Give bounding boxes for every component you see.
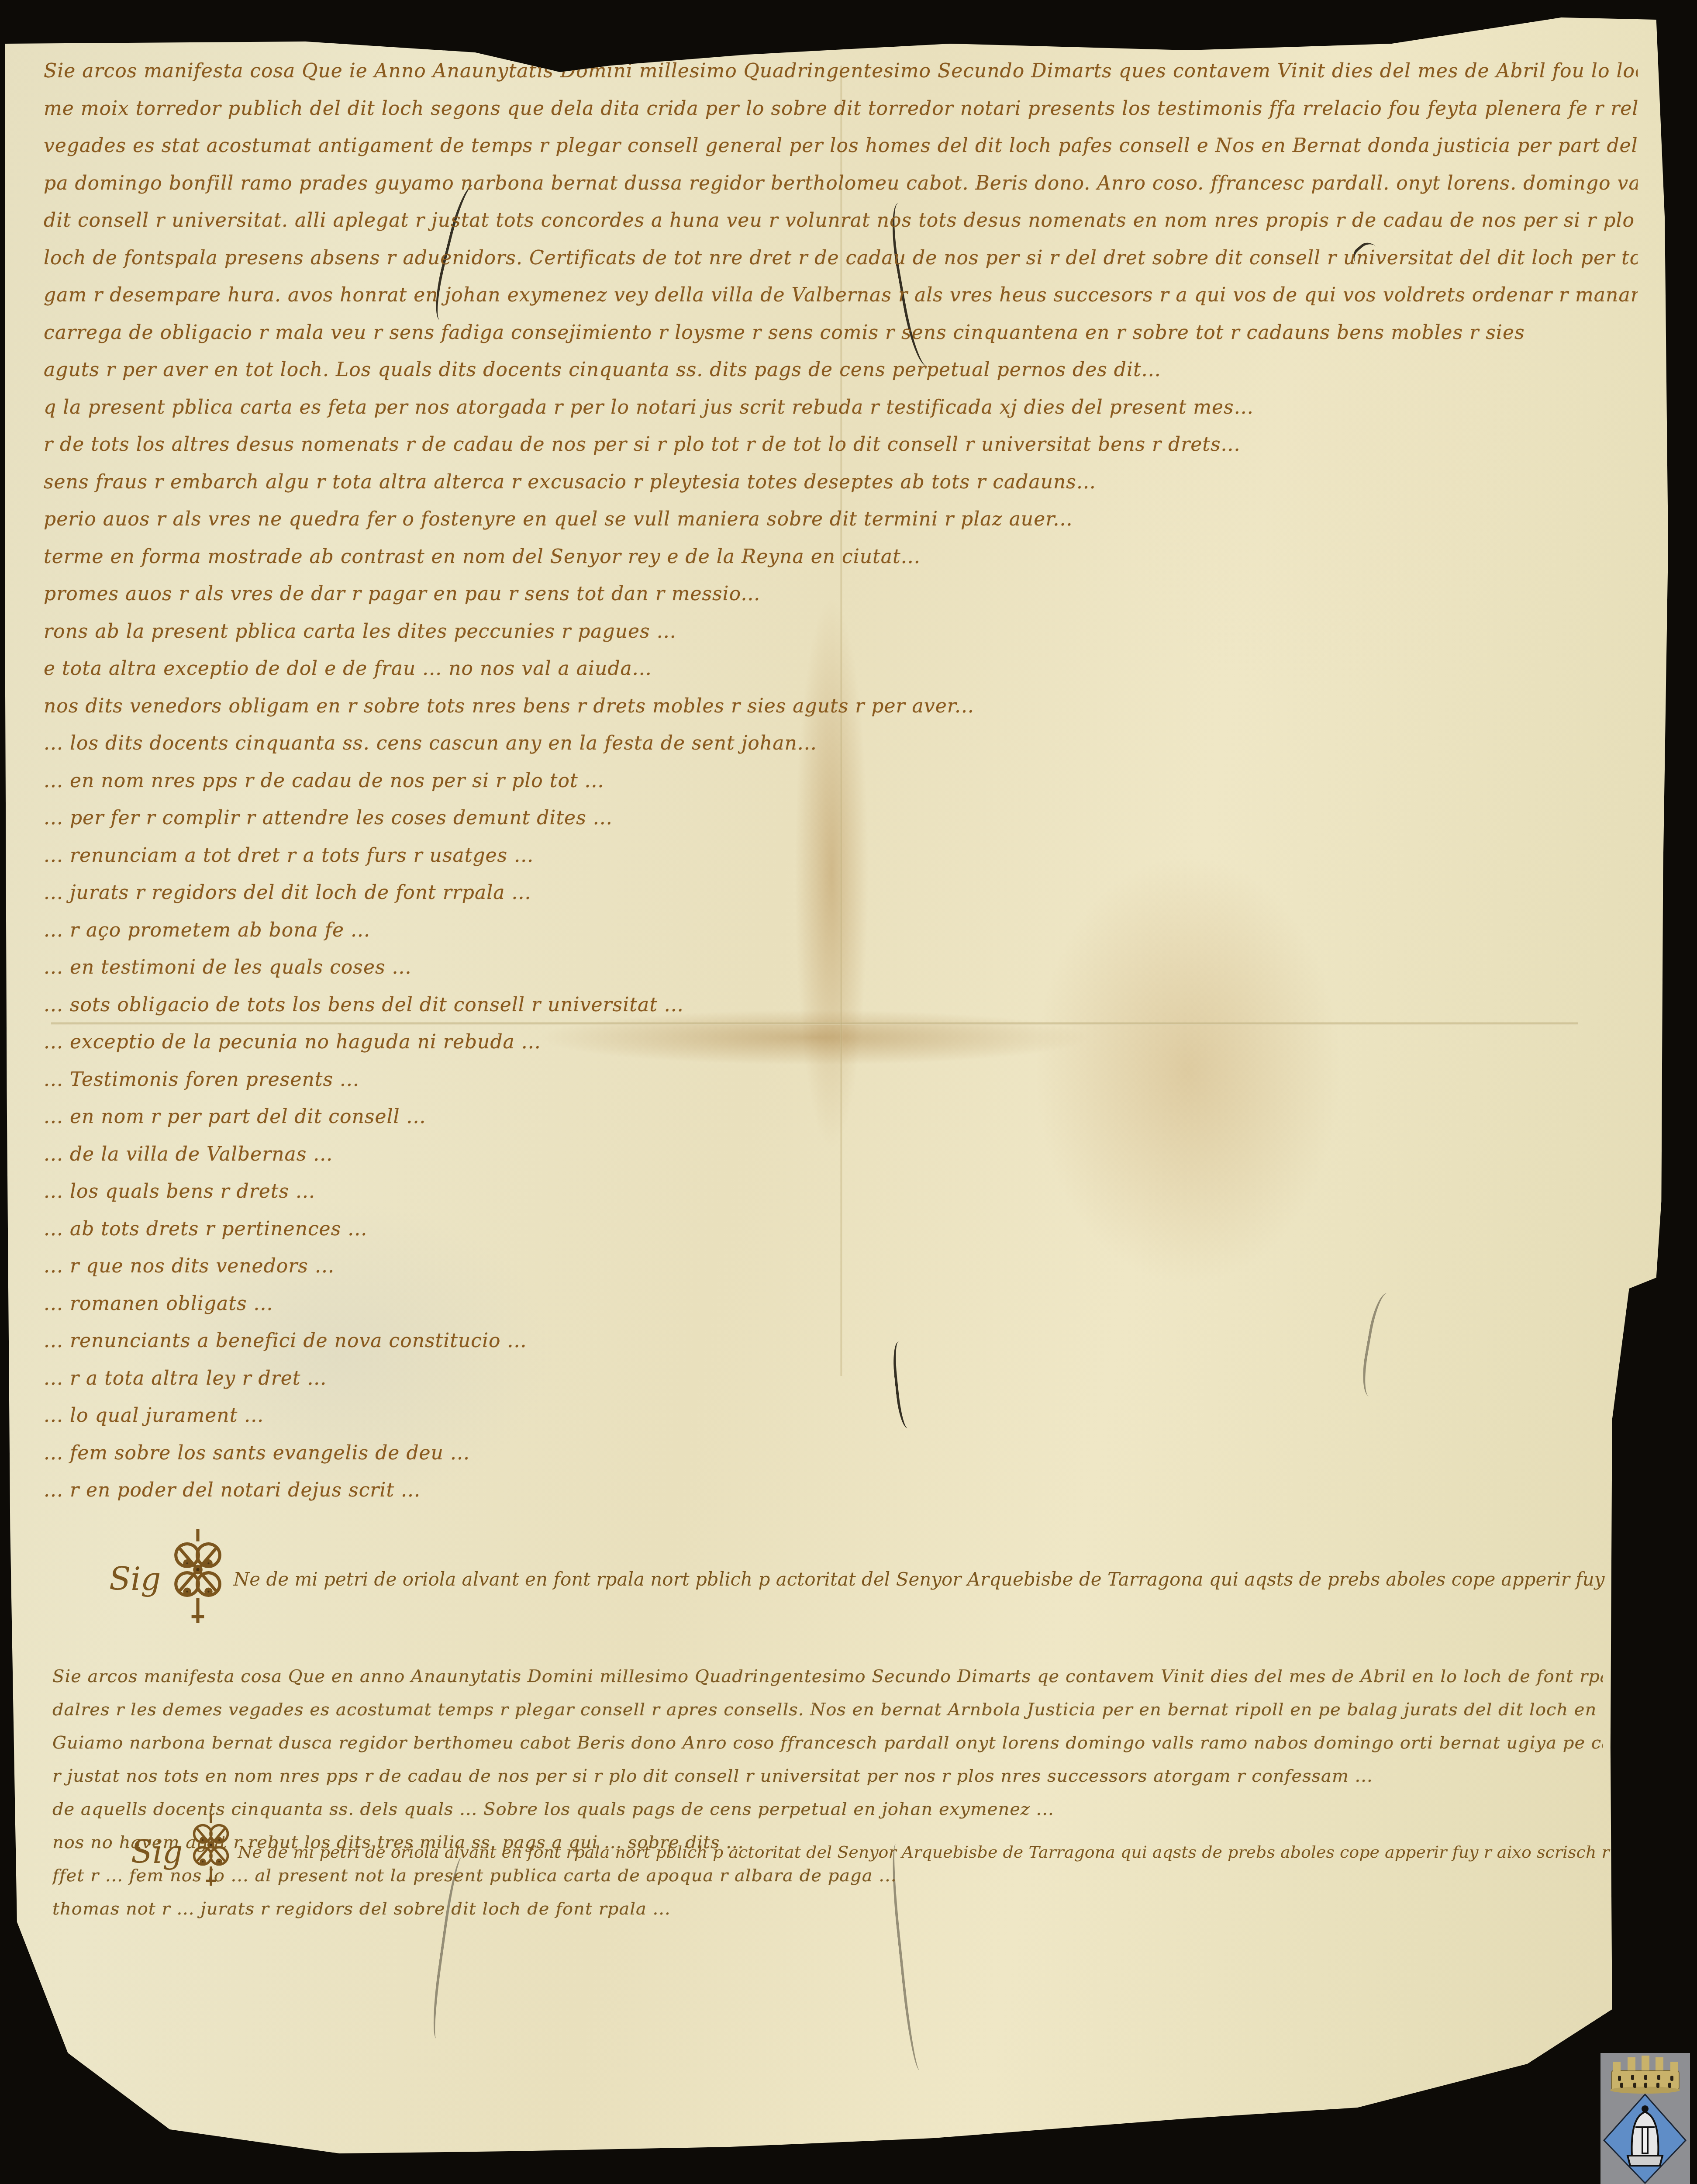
text-line: ... los dits docents cinquanta ss. cens …: [44, 725, 1638, 762]
text-line: terme en forma mostrade ab contrast en n…: [44, 538, 1638, 576]
text-line: ... r en poder del notari dejus scrit ..…: [44, 1472, 1638, 1509]
text-line: sens fraus r embarch algu r tota altra a…: [44, 463, 1638, 501]
text-line: ... fem sobre los sants evangelis de deu…: [44, 1434, 1638, 1472]
text-line: perio auos r als vres ne quedra fer o fo…: [44, 501, 1638, 538]
text-line: r de tots los altres desus nomenats r de…: [44, 426, 1638, 463]
text-line: Guiamo narbona bernat dusca regidor bert…: [52, 1726, 1603, 1759]
text-line: vegades es stat acostumat antigament de …: [44, 127, 1638, 165]
lozenge-shield-icon: [1604, 2094, 1686, 2183]
text-line: ... ab tots drets r pertinences ...: [44, 1210, 1638, 1248]
text-line: Sie arcos manifesta cosa Que ie Anno Ana…: [44, 52, 1638, 90]
notary-sign-block-1: Sig Ne de mi petri de oriola alvant en f…: [109, 1529, 1697, 1629]
parchment-sheet: Sie arcos manifesta cosa Que ie Anno Ana…: [0, 0, 1697, 2184]
text-line: thomas not r ... jurats r regidors del s…: [52, 1892, 1603, 1925]
text-line: ... romanen obligats ...: [44, 1285, 1638, 1323]
text-line: ... renunciam a tot dret r a tots furs r…: [44, 837, 1638, 874]
text-line: ... renunciants a benefici de nova const…: [44, 1322, 1638, 1360]
text-line: nos dits venedors obligam en r sobre tot…: [44, 688, 1638, 725]
sig-label: Sig: [131, 1834, 183, 1870]
notary-subscription: Ne de mi petri de oriola alvant en font …: [238, 1842, 1697, 1862]
notarial-knot-icon: [187, 1813, 235, 1891]
text-line: gam r desempare hura. avos honrat en joh…: [44, 276, 1638, 314]
text-line: ... en nom nres pps r de cadau de nos pe…: [44, 762, 1638, 800]
text-line: aguts r per aver en tot loch. Los quals …: [44, 351, 1638, 389]
text-line: ... Testimonis foren presents ...: [44, 1061, 1638, 1099]
text-line: me moix torredor publich del dit loch se…: [44, 90, 1638, 128]
text-line: ... r que nos dits venedors ...: [44, 1248, 1638, 1285]
text-line: ... lo qual jurament ...: [44, 1397, 1638, 1434]
text-line: carrega de obligacio r mala veu r sens f…: [44, 314, 1638, 352]
text-line: ... r aço prometem ab bona fe ...: [44, 912, 1638, 949]
text-line: ... jurats r regidors del dit loch de fo…: [44, 874, 1638, 912]
text-line: loch de fontspala presens absens r aduen…: [44, 239, 1638, 277]
text-line: ... sots obligacio de tots los bens del …: [44, 986, 1638, 1024]
notary-sign-block-2: Sig Ne de mi petri de oriola alvant en f…: [131, 1813, 1697, 1891]
text-line: ... los quals bens r drets ...: [44, 1173, 1638, 1210]
text-line: e tota altra exceptio de dol e de frau .…: [44, 650, 1638, 688]
text-line: ... exceptio de la pecunia no haguda ni …: [44, 1023, 1638, 1061]
text-line: r justat nos tots en nom nres pps r de c…: [52, 1759, 1603, 1793]
text-line: q la present pblica carta es feta per no…: [44, 389, 1638, 426]
coat-of-arms-icon: [1600, 2053, 1690, 2184]
text-line: Sie arcos manifesta cosa Que en anno Ana…: [52, 1660, 1603, 1693]
mural-crown-icon: [1610, 2056, 1680, 2094]
text-line: ... en testimoni de les quals coses ...: [44, 949, 1638, 986]
text-line: pa domingo bonfill ramo prades guyamo na…: [44, 165, 1638, 202]
notarial-knot-icon: [165, 1529, 231, 1629]
sig-label: Sig: [109, 1561, 161, 1597]
text-line: dalres r les demes vegades es acostumat …: [52, 1693, 1603, 1726]
municipal-coat-of-arms: [1600, 2053, 1690, 2184]
text-line: rons ab la present pblica carta les dite…: [44, 613, 1638, 650]
text-line: dit consell r universitat. alli aplegat …: [44, 202, 1638, 239]
text-line: ... r a tota altra ley r dret ...: [44, 1360, 1638, 1397]
text-line: ... per fer r complir r attendre les cos…: [44, 799, 1638, 837]
text-line: ... de la villa de Valbernas ...: [44, 1136, 1638, 1173]
charter-main-text: Sie arcos manifesta cosa Que ie Anno Ana…: [44, 52, 1638, 1509]
text-line: promes auos r als vres de dar r pagar en…: [44, 575, 1638, 613]
notary-subscription: Ne de mi petri de oriola alvant en font …: [233, 1569, 1697, 1590]
text-line: ... en nom r per part del dit consell ..…: [44, 1098, 1638, 1136]
